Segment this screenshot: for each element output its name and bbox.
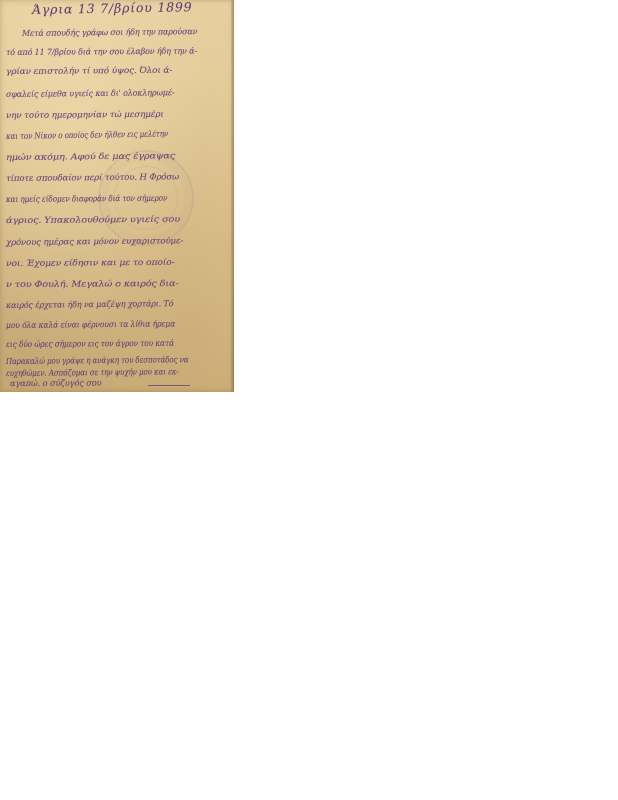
letter-line: και τον Νίκον ο οποίος δεν ήλθεν εις μελ…	[6, 128, 168, 141]
letter-line: Μετά σπουδής γράφω σοι ήδη την παρούσαν	[22, 26, 197, 38]
date-line: Άγρια 13 7/βρίου 1899	[32, 0, 193, 17]
letter-line: Παρακαλώ μου γράψε η ανάγκη του δεσποτάδ…	[6, 354, 189, 366]
signature-underline	[148, 385, 190, 386]
letter-line: μου όλα καλά είναι φέρνουσι τα λίθια ήρε…	[6, 318, 175, 330]
letter-line: άγριος. Υπακολουθούμεν υγιείς σου	[6, 214, 180, 225]
letter-line: τίποτε σπουδαίον περί τούτου. Η Φρόσω	[6, 171, 179, 183]
letter-line: χρόνους ημέρας και μόνον ευχαριστούμε-	[6, 235, 183, 247]
letter-line: γρίαν επιστολήν τί υπό ύψος. Όλοι ά-	[6, 65, 172, 76]
letter-line: ευχηθώμεν. Ασπάζομαι σε την ψυχήν μου κα…	[6, 366, 179, 378]
letter-line: εις δύο ώρες σήμερον εις τον άγρον του κ…	[6, 338, 174, 349]
letter-line: νοι. Έχομεν είδησιν και με το οποίο-	[6, 257, 175, 268]
letter-line: νην τούτο ημερομηνίαν τώ μεσημέρι	[6, 109, 164, 120]
letter-line: και ημείς είδομεν διαφοράν διά τον σήμερ…	[6, 193, 167, 204]
letter-scan: Άγρια 13 7/βρίου 1899 Μετά σπουδής γράφω…	[0, 0, 234, 392]
letter-line: ν του Φουλή. Μεγαλώ ο καιρός δια-	[6, 278, 179, 289]
letter-line: ημών ακόμη. Αφού δε μας έγραψας	[6, 150, 175, 162]
letter-line: αγαπώ. ο σύζυγός σου	[10, 378, 102, 388]
letter-line: καιρός έρχεται ήδη να μαζέψη χορτάρι. Τό	[6, 298, 173, 310]
letter-line: τό από 11 7/βρίου διά την σου έλαβον ήδη…	[6, 46, 197, 57]
letter-line: σφαλείς είμεθα υγιείς και δι' ολοκληρωμέ…	[6, 87, 175, 99]
